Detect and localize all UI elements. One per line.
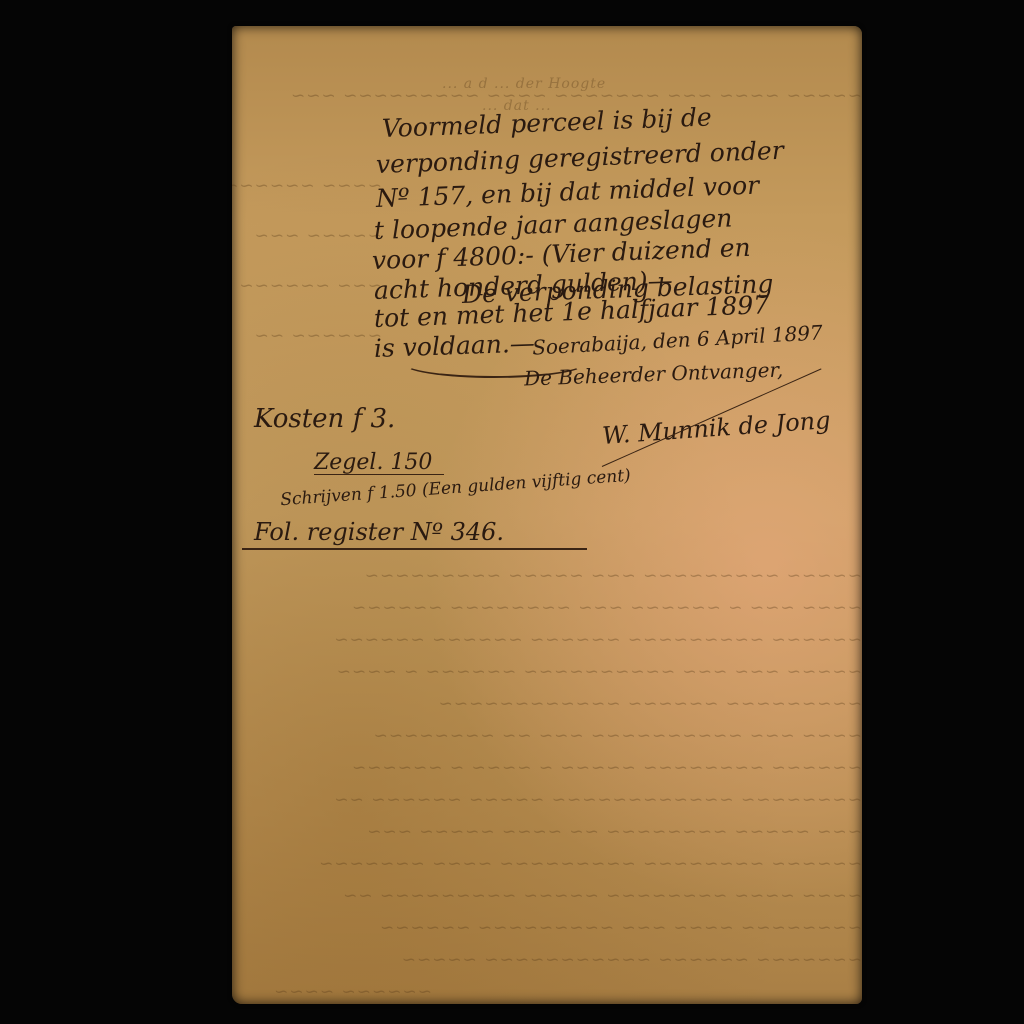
bleed-through-line: ~~~~~ ~~~: [232, 226, 392, 246]
costs-line: Zegel. 150: [314, 450, 432, 475]
underline: [242, 548, 587, 550]
costs-line: Fol. register Nº 346.: [254, 518, 504, 546]
place-date: Soerabaija, den 6 April 1897: [532, 320, 824, 359]
bleed-through-line: ~~~~~~ ~~~~: [232, 982, 442, 1002]
bleed-through-line: ~~~~ ~~~~ ~~~~~~~~ ~~~~~ ~~~~~~~~~ ~~: [232, 886, 862, 906]
bleed-through-line: ~~~ ~~~~~ ~~~~~~~~ ~~ ~~~~ ~~~~~ ~~~: [232, 822, 862, 842]
main-text-line: Voormeld perceel is bij de: [381, 102, 712, 142]
underline: [314, 474, 444, 475]
bleed-through-line: ~~~~~~ ~~~~~~~~~ ~~~~~~ ~~~~~~ ~~~~~~: [232, 630, 862, 650]
bleed-through-line: ~~~~~~ ~~~~~~~~ ~~~~~~~~~ ~~~~ ~~~~~~~: [232, 854, 862, 874]
bleed-through-line: ~~~~~~~ ~~~~~~ ~~~~~~~~~~~ ~~~~~: [232, 950, 862, 970]
bleed-through-line: ~~~~~~ ~~: [232, 326, 392, 346]
signature: W. Munnik de Jong: [601, 406, 831, 450]
bleed-through-line: ~~~~~ ~~~ ~~~ ~~~~~~~~~~ ~~~~~~ ~ ~~~~: [232, 662, 862, 682]
bleed-through-line: ~~~~~~ ~~~~~~~~ ~~~~~ ~ ~~~~ ~ ~~~~~~: [232, 758, 862, 778]
bleed-through-line: ~~~~~~~~~ ~~~~~~ ~~~~~~~~~~~~: [232, 694, 862, 714]
bleed-through-line: ~~~~~ ~~~~~~~~~ ~~~ ~~~~~ ~~~~~~~~~: [232, 566, 862, 586]
bleed-through-line: ~~~~ ~~~~~~: [232, 176, 392, 196]
bleed-through-line: ~~~~~~~~ ~~~~~~~~~~~~ ~~~~~ ~~~~~~ ~~: [232, 790, 862, 810]
bleed-through-line: ~~~~ ~~~ ~ ~~~~~~ ~~~ ~~~~~~~~ ~~~~~~: [232, 598, 862, 618]
document-paper: ~~~~~ ~~~~ ~~~ ~~~~~~~ ~~~~ ~~~~~~~~~ ~~…: [232, 26, 862, 1004]
bleed-through-line: ~~~~ ~~~ ~~~~~~~~~~ ~~~ ~~ ~~~~~~~~: [232, 726, 862, 746]
bleed-through-line: ~~~ ~~~~~~: [232, 276, 392, 296]
faint-header-line: ... a d ... der Hoogte: [432, 76, 606, 92]
costs-heading: Kosten f 3.: [254, 404, 395, 434]
bleed-through-line: ~~~~~~~~ ~~~~ ~~~ ~~~~~~~~~ ~~~~~~: [232, 918, 862, 938]
